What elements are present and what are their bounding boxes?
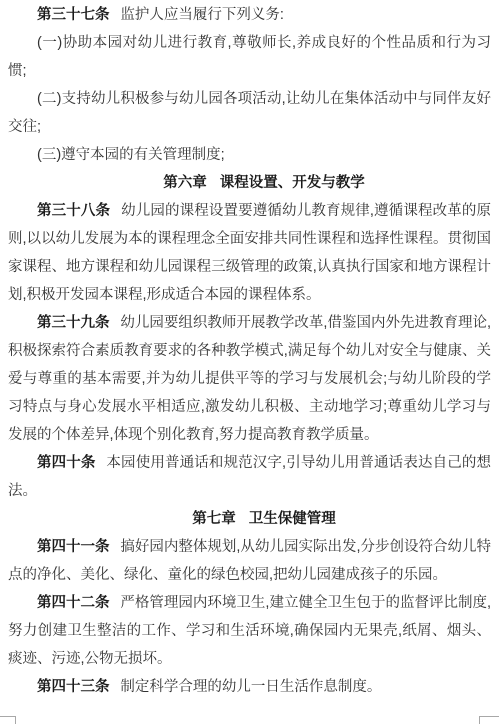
article-paragraph: 第三十九条幼儿园要组织教师开展教学改革,借鉴国内外先进教育理论,积极探索符合素质… <box>8 309 491 449</box>
list-item-paragraph: (一)协助本园对幼儿进行教育,尊敬师长,养成良好的个性品质和行为习惯; <box>8 29 491 85</box>
article-text: 制定科学合理的幼儿一日生活作息制度。 <box>120 679 381 695</box>
article-paragraph: 第三十八条幼儿园的课程设置要遵循幼儿教育规律,遵循课程改革的原则,以以幼儿发展为… <box>8 197 491 309</box>
document-page: 第三十七条监护人应当履行下列义务:(一)协助本园对幼儿进行教育,尊敬师长,养成良… <box>0 0 499 701</box>
article-paragraph: 第四十条本园使用普通话和规范汉字,引导幼儿用普通话表达自己的想法。 <box>8 449 491 505</box>
article-number: 第四十一条 <box>37 539 120 555</box>
article-number: 第三十七条 <box>37 7 120 23</box>
chapter-heading: 第七章卫生保健管理 <box>8 505 491 533</box>
chapter-number: 第七章 <box>192 511 249 527</box>
chapter-number: 第六章 <box>163 175 220 191</box>
article-text: 监护人应当履行下列义务: <box>120 7 284 23</box>
list-item-paragraph: (二)支持幼儿积极参与幼儿园各项活动,让幼儿在集体活动中与同伴友好交往; <box>8 85 491 141</box>
text-boundary-corner-right <box>479 716 499 724</box>
list-item-paragraph: (三)遵守本园的有关管理制度; <box>8 141 491 169</box>
article-number: 第三十九条 <box>37 315 120 331</box>
list-item-text: (一)协助本园对幼儿进行教育,尊敬师长,养成良好的个性品质和行为习惯; <box>8 35 491 79</box>
article-paragraph: 第四十二条严格管理园内环境卫生,建立健全卫生包于的监督评比制度,努力创建卫生整洁… <box>8 589 491 673</box>
chapter-title: 卫生保健管理 <box>249 511 336 527</box>
article-number: 第四十三条 <box>37 679 120 695</box>
chapter-title: 课程设置、开发与教学 <box>220 175 365 191</box>
article-paragraph: 第四十三条制定科学合理的幼儿一日生活作息制度。 <box>8 673 491 701</box>
article-number: 第四十条 <box>37 455 106 471</box>
text-boundary-corner-left <box>0 716 16 724</box>
list-item-text: (二)支持幼儿积极参与幼儿园各项活动,让幼儿在集体活动中与同伴友好交往; <box>8 91 491 135</box>
article-text: 幼儿园要组织教师开展教学改革,借鉴国内外先进教育理论,积极探索符合素质教育要求的… <box>8 315 491 443</box>
article-number: 第三十八条 <box>37 203 121 219</box>
chapter-heading: 第六章课程设置、开发与教学 <box>8 169 491 197</box>
article-number: 第四十二条 <box>37 595 120 611</box>
list-item-text: (三)遵守本园的有关管理制度; <box>37 147 225 163</box>
article-paragraph: 第三十七条监护人应当履行下列义务: <box>8 1 491 29</box>
article-paragraph: 第四十一条搞好园内整体规划,从幼儿园实际出发,分步创设符合幼儿特点的净化、美化、… <box>8 533 491 589</box>
